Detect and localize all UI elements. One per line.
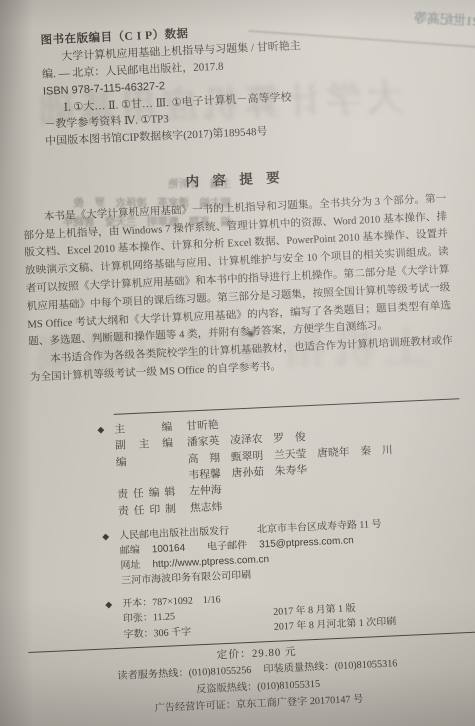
staff-names: 左仲海 [189, 482, 222, 500]
diamond-bullet-icon: ◆ [102, 530, 110, 544]
editorial-staff-block: ◆ 主编 甘昕艳 副主编 潘家英 凌泽农 罗 俊 编 高 翔 甄翠明 兰天莹 唐… [114, 406, 464, 520]
content-summary-title: 内 容 提 要 [21, 158, 449, 197]
diamond-bullet-icon: ◆ [105, 598, 113, 612]
print-quality-hotline: 印装质量热线：(010)81055316 [263, 659, 398, 676]
postcode-label: 邮编 [120, 545, 140, 557]
content-summary-paragraph-1: 本书是《大学计算机应用基础》一书的上机指导和习题集。全书共分为 3 个部分。第一… [22, 190, 452, 351]
website-label: 网址 [120, 560, 140, 572]
book-colophon-page-photo: 21世纪高等 大学计算机应用基础 主编 甘昕艳 副主编 潘家英 凌泽农 罗 俊 … [0, 0, 475, 726]
email-value: 315@ptpress.com.cn [259, 535, 354, 550]
staff-names: 焦志炜 [190, 499, 223, 517]
price-hotline-block: 定价：29.80 元 读者服务热线：(010)81055256印装质量热线：(0… [43, 637, 474, 722]
postcode-value: 100164 [152, 543, 186, 556]
staff-role-label: 责任印制 [118, 501, 177, 520]
email-label: 电子邮件 [207, 540, 247, 553]
edition-column: 2017 年 8 月第 1 版 2017 年 8 月河北第 1 次印刷 [272, 585, 396, 636]
content-summary-section: 内 容 提 要 本书是《大学计算机应用基础》一书的上机指导和习题集。全书共分为 … [21, 158, 458, 387]
format-left-column: 开本：787×1092 1/16 印张：11.25 字数：306 千字 [122, 592, 222, 642]
cip-data-block: 图书在版编目（C I P）数据 大学计算机应用基础上机指导与习题集 / 甘昕艳主… [40, 15, 447, 151]
page-content: 图书在版编目（C I P）数据 大学计算机应用基础上机指导与习题集 / 甘昕艳主… [13, 0, 473, 724]
ink-smudge [246, 330, 256, 338]
staff-names: 甘昕艳 [186, 417, 219, 435]
diamond-bullet-icon: ◆ [97, 423, 105, 437]
publisher-block: ◆ 人民邮电出版社出版发行 北京市丰台区成寿寺路 11 号 邮编100164电子… [119, 513, 467, 589]
reader-service-hotline: 读者服务热线：(010)81055256 [117, 665, 252, 682]
